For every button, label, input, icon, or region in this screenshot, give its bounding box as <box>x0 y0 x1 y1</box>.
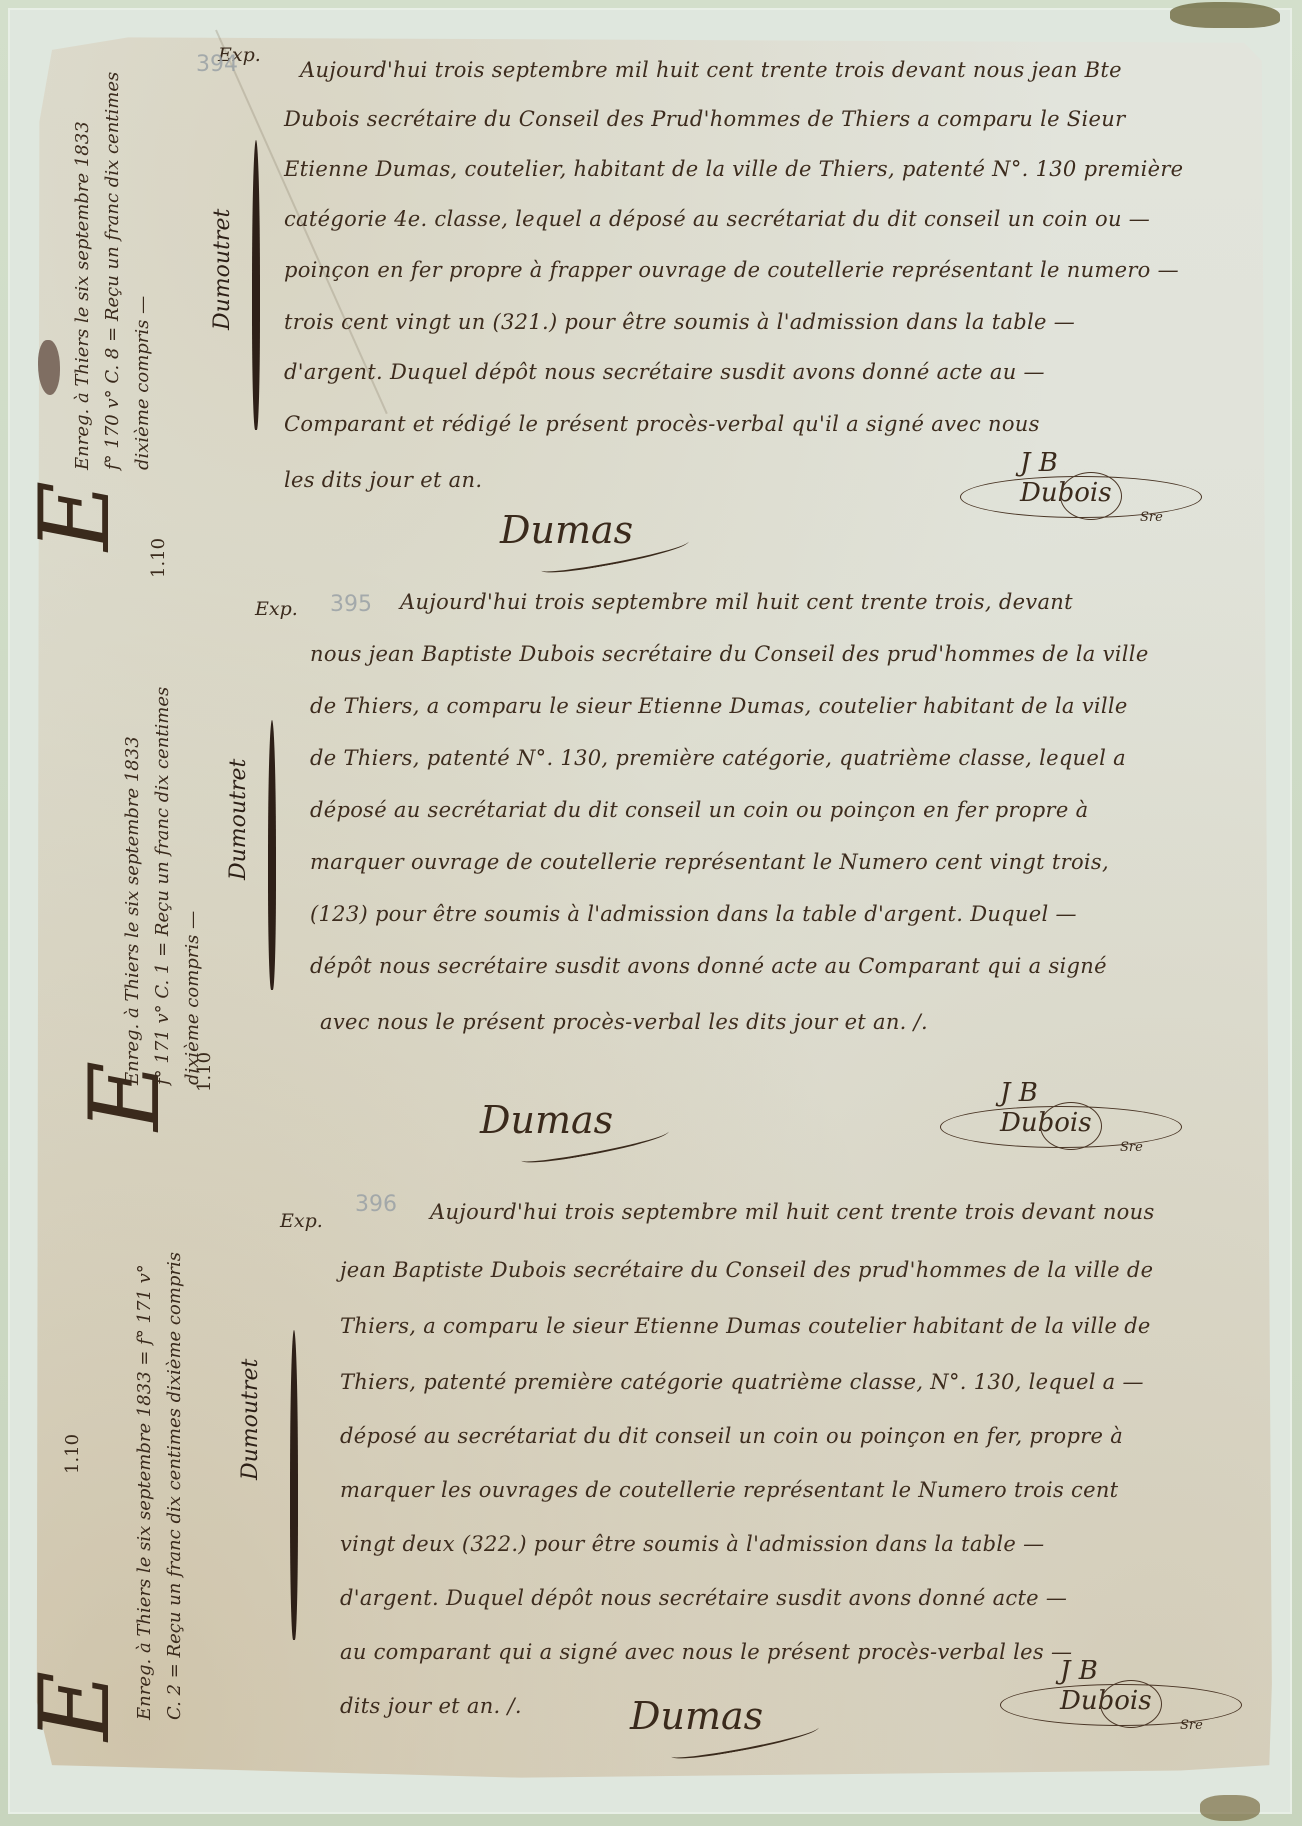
entry-3-line-5: déposé au secrétariat du dit conseil un … <box>340 1424 1123 1448</box>
entry-3-registration-note: Enreg. à Thiers le six septembre 1833 = … <box>130 1252 190 1720</box>
entry-1-fee: 1.10 <box>148 538 169 578</box>
entry-3-line-3: Thiers, a comparu le sieur Etienne Dumas… <box>340 1314 1151 1338</box>
entry-3-line-2: jean Baptiste Dubois secrétaire du Conse… <box>340 1258 1153 1282</box>
entry-3-enreg-initial: E <box>19 1671 131 1741</box>
entry-1-line-7: d'argent. Duquel dépôt nous secrétaire s… <box>284 360 1045 384</box>
entry-3-line-4: Thiers, patenté première catégorie quatr… <box>340 1370 1144 1394</box>
entry-3-line-8: d'argent. Duquel dépôt nous secrétaire s… <box>340 1586 1067 1610</box>
entry-3-line-6: marquer les ouvrages de coutellerie repr… <box>340 1478 1118 1502</box>
entry-2-line-1: Aujourd'hui trois septembre mil huit cen… <box>400 590 1073 614</box>
paraph-loop <box>1040 1102 1102 1150</box>
entry-2-line-9: avec nous le présent procès-verbal les d… <box>320 1010 928 1034</box>
ink-stain <box>38 340 60 395</box>
entry-3-receiver-signature: Dumoutret <box>238 1359 263 1480</box>
entry-2-exp-label: Exp. <box>255 598 298 620</box>
entry-1-line-6: trois cent vingt un (321.) pour être sou… <box>284 310 1075 334</box>
entry-3-line-10: dits jour et an. /. <box>340 1694 522 1718</box>
entry-3-signature-dumas: Dumas <box>630 1694 763 1738</box>
entry-2-receiver-signature: Dumoutret <box>226 759 251 880</box>
entry-3-signature-dubois: J B Dubois Sre <box>1060 1656 1152 1716</box>
entry-2-fee: 1.10 <box>194 1052 215 1092</box>
entry-2-line-8: dépôt nous secrétaire susdit avons donné… <box>310 954 1107 978</box>
entry-2-pencil-number: 395 <box>330 592 372 617</box>
binding-thread-top <box>1170 2 1280 28</box>
entry-3-paraph-stroke <box>290 1330 298 1640</box>
binding-thread-bottom <box>1200 1795 1260 1821</box>
entry-3-fee: 1.10 <box>62 1434 83 1474</box>
entry-3-line-1: Aujourd'hui trois septembre mil huit cen… <box>430 1200 1155 1224</box>
paraph-loop <box>1060 472 1122 520</box>
entry-1-line-5: poinçon en fer propre à frapper ouvrage … <box>284 258 1179 282</box>
entry-2-line-3: de Thiers, a comparu le sieur Etienne Du… <box>310 694 1128 718</box>
paraph-loop <box>1100 1680 1162 1728</box>
entry-2-line-7: (123) pour être soumis à l'admission dan… <box>310 902 1077 926</box>
entry-1-paraph-stroke <box>252 140 260 430</box>
entry-2-paraph-stroke <box>268 720 276 990</box>
entry-1-registration-note: Enreg. à Thiers le six septembre 1833 f°… <box>68 72 158 470</box>
entry-1-line-1: Aujourd'hui trois septembre mil huit cen… <box>300 58 1122 82</box>
entry-3-line-9: au comparant qui a signé avec nous le pr… <box>340 1640 1072 1664</box>
entry-2-line-5: déposé au secrétariat du dit conseil un … <box>310 798 1088 822</box>
entry-1-line-4: catégorie 4e. classe, lequel a déposé au… <box>284 207 1150 231</box>
entry-1-line-9: les dits jour et an. <box>284 468 482 492</box>
entry-2-line-4: de Thiers, patenté N°. 130, première cat… <box>310 746 1126 770</box>
entry-3-pencil-number: 396 <box>355 1192 397 1217</box>
entry-1-signature-dumas: Dumas <box>500 508 633 552</box>
entry-2-registration-note: Enreg. à Thiers le six septembre 1833 f°… <box>118 687 208 1085</box>
entry-1-pencil-number: 394 <box>196 52 238 77</box>
entry-1-line-2: Dubois secrétaire du Conseil des Prud'ho… <box>284 107 1125 131</box>
entry-1-receiver-signature: Dumoutret <box>210 209 235 330</box>
entry-1-line-8: Comparant et rédigé le présent procès-ve… <box>284 412 1040 436</box>
entry-1-enreg-initial: E <box>19 481 131 551</box>
entry-3-line-7: vingt deux (322.) pour être soumis à l'a… <box>340 1532 1044 1556</box>
entry-1-line-3: Etienne Dumas, coutelier, habitant de la… <box>284 157 1183 181</box>
entry-2-line-2: nous jean Baptiste Dubois secrétaire du … <box>310 642 1149 666</box>
entry-2-signature-dubois: J B Dubois Sre <box>1000 1078 1092 1138</box>
entry-1-signature-dubois: J B Dubois Sre <box>1020 448 1112 508</box>
entry-3-exp-label: Exp. <box>280 1210 323 1232</box>
entry-2-signature-dumas: Dumas <box>480 1098 613 1142</box>
entry-2-line-6: marquer ouvrage de coutellerie représent… <box>310 850 1109 874</box>
